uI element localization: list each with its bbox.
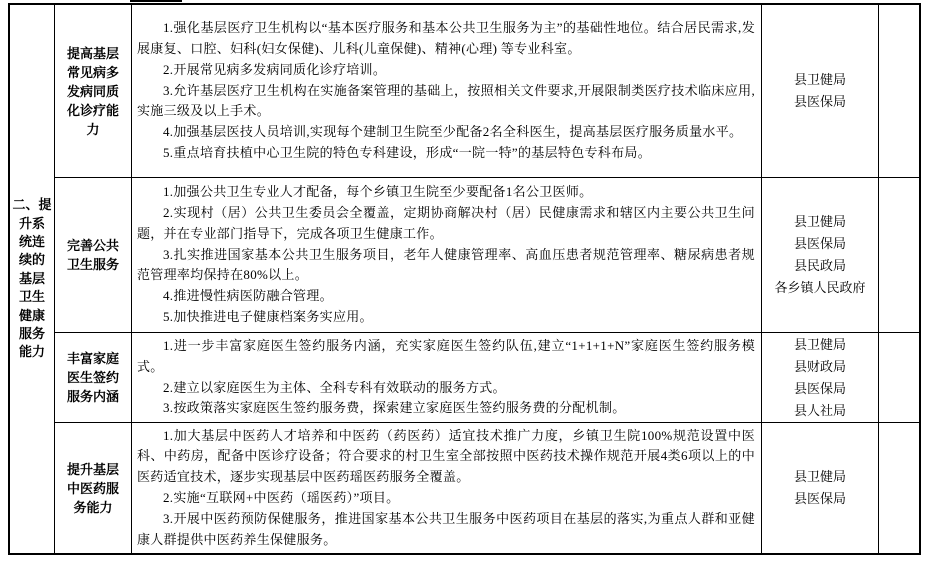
task-label: 提升基层 中医药服 务能力 bbox=[67, 460, 119, 517]
measure-item: 5.加快推进电子健康档案务实应用。 bbox=[137, 307, 755, 328]
measures-cell: 1.强化基层医疗卫生机构以“基本医疗服务和基本公共卫生服务为主”的基础性地位。结… bbox=[132, 5, 762, 178]
category-label: 二、提 升系 统连 续的 基层 卫生 健康 服务 能力 bbox=[12, 196, 51, 362]
cropped-row-divider-tick bbox=[130, 0, 182, 2]
responsible-departments: 县卫健局 县财政局 县医保局 县人社局 bbox=[794, 334, 846, 422]
measure-item: 5.重点培育扶植中心卫生院的特色专科建设，形成“一院一特”的基层特色专科布局。 bbox=[137, 143, 755, 164]
measure-item: 2.建立以家庭医生为主体、全科专科有效联动的服务方式。 bbox=[137, 378, 755, 399]
task-cell: 完善公共 卫生服务 bbox=[55, 178, 132, 333]
measures-cell: 1.加大基层中医药人才培养和中医药（药医药）适宜技术推广力度，乡镇卫生院100%… bbox=[132, 423, 762, 553]
measure-item: 1.加强公共卫生专业人才配备，每个乡镇卫生院至少要配备1名公卫医师。 bbox=[137, 182, 755, 203]
measure-item: 3.扎实推进国家基本公共卫生服务项目，老年人健康管理率、高血压患者规范管理率、糖… bbox=[137, 245, 755, 287]
measure-item: 3.按政策落实家庭医生签约服务费，探索建立家庭医生签约服务费的分配机制。 bbox=[137, 398, 755, 419]
measures-cell: 1.加强公共卫生专业人才配备，每个乡镇卫生院至少要配备1名公卫医师。 2.实现村… bbox=[132, 178, 762, 333]
remarks-cell bbox=[879, 333, 919, 423]
measure-item: 4.加强基层医技人员培训,实现每个建制卫生院至少配备2名全科医生，提高基层医疗服… bbox=[137, 122, 755, 143]
responsible-cell: 县卫健局 县医保局 bbox=[762, 423, 879, 553]
measures-cell: 1.进一步丰富家庭医生签约服务内涵，充实家庭医生签约队伍,建立“1+1+1+N”… bbox=[132, 333, 762, 423]
measure-item: 4.推进慢性病医防融合管理。 bbox=[137, 286, 755, 307]
measure-item: 2.实现村（居）公共卫生委员会全覆盖，定期协商解决村（居）民健康需求和辖区内主要… bbox=[137, 203, 755, 245]
responsible-cell: 县卫健局 县医保局 县民政局 各乡镇人民政府 bbox=[762, 178, 879, 333]
measure-item: 2.实施“互联网+中医药（瑶医药）”项目。 bbox=[137, 488, 755, 509]
responsible-departments: 县卫健局 县医保局 bbox=[794, 69, 846, 113]
responsible-departments: 县卫健局 县医保局 bbox=[794, 466, 846, 510]
measure-item: 1.加大基层中医药人才培养和中医药（药医药）适宜技术推广力度，乡镇卫生院100%… bbox=[137, 426, 755, 488]
task-table: 二、提 升系 统连 续的 基层 卫生 健康 服务 能力 提高基层 常见病多 发病… bbox=[8, 3, 921, 555]
responsible-cell: 县卫健局 县医保局 bbox=[762, 5, 879, 178]
remarks-cell bbox=[879, 5, 919, 178]
responsible-departments: 县卫健局 县医保局 县民政局 各乡镇人民政府 bbox=[774, 211, 865, 299]
measure-item: 1.强化基层医疗卫生机构以“基本医疗服务和基本公共卫生服务为主”的基础性地位。结… bbox=[137, 18, 755, 60]
task-label: 完善公共 卫生服务 bbox=[67, 236, 119, 274]
task-label: 丰富家庭 医生签约 服务内涵 bbox=[67, 349, 119, 406]
document-page: { "colors": { "background": "#ffffff", "… bbox=[0, 0, 926, 561]
measure-item: 2.开展常见病多发病同质化诊疗培训。 bbox=[137, 60, 755, 81]
task-label: 提高基层 常见病多 发病同质 化诊疗能 力 bbox=[67, 44, 119, 139]
responsible-cell: 县卫健局 县财政局 县医保局 县人社局 bbox=[762, 333, 879, 423]
task-cell: 提升基层 中医药服 务能力 bbox=[55, 423, 132, 553]
measure-item: 1.进一步丰富家庭医生签约服务内涵，充实家庭医生签约队伍,建立“1+1+1+N”… bbox=[137, 336, 755, 378]
task-cell: 提高基层 常见病多 发病同质 化诊疗能 力 bbox=[55, 5, 132, 178]
category-cell: 二、提 升系 统连 续的 基层 卫生 健康 服务 能力 bbox=[10, 5, 55, 553]
task-cell: 丰富家庭 医生签约 服务内涵 bbox=[55, 333, 132, 423]
remarks-cell bbox=[879, 178, 919, 333]
measure-item: 3.开展中医药预防保健服务，推进国家基本公共卫生服务中医药项目在基层的落实,为重… bbox=[137, 509, 755, 551]
measure-item: 3.允许基层医疗卫生机构在实施备案管理的基础上，按照相关文件要求,开展限制类医疗… bbox=[137, 81, 755, 123]
remarks-cell bbox=[879, 423, 919, 553]
